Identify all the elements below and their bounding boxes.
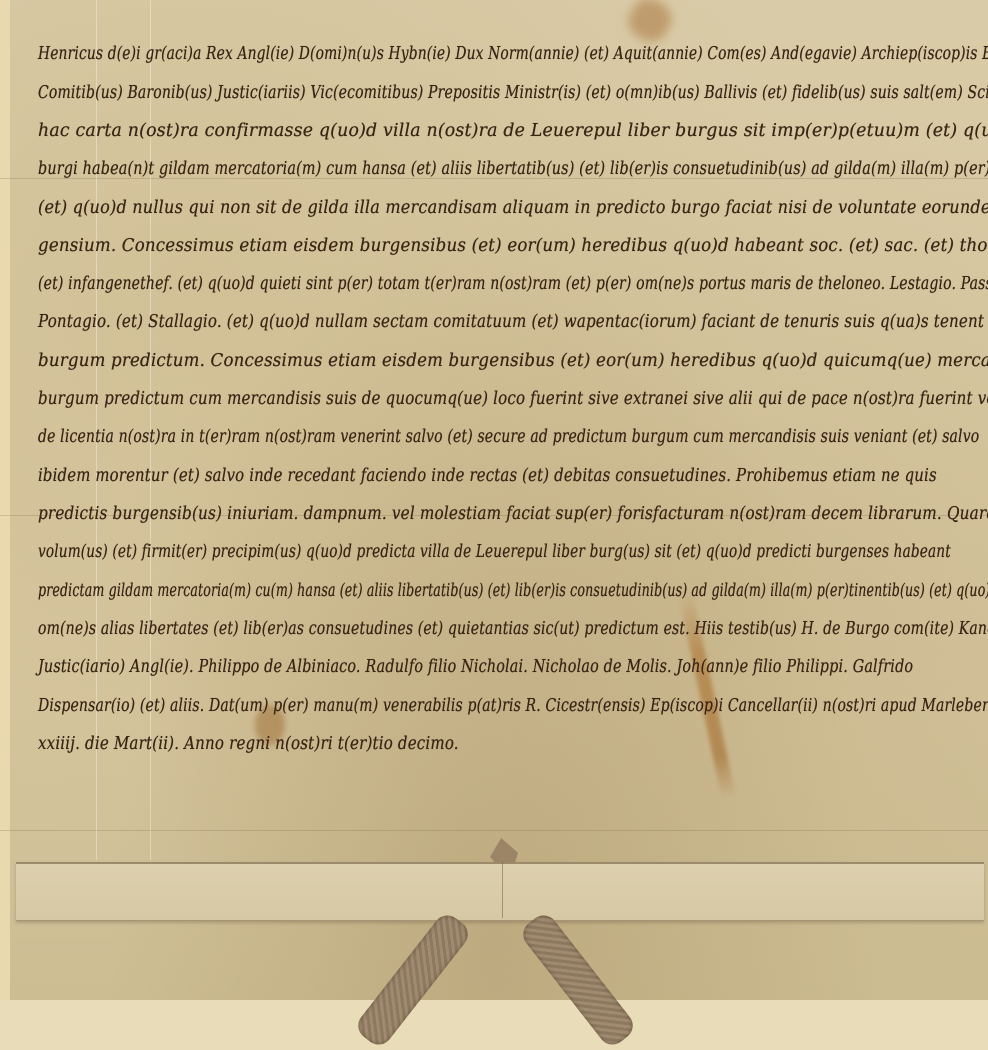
text-line: ibidem morentur (et) salvo inde recedant… [38, 466, 937, 486]
fold-turn-up [16, 862, 984, 921]
text-line: predictis burgensib(us) iniuriam. dampnu… [38, 504, 988, 524]
text-line: Dispensar(io) (et) aliis. Dat(um) p(er) … [38, 696, 988, 716]
text-line: de licentia n(ost)ra in t(er)ram n(ost)r… [38, 427, 979, 447]
turn-up-seam [502, 862, 503, 918]
text-line: hac carta n(ost)ra confirmasse q(uo)d vi… [38, 121, 988, 141]
text-line: volum(us) (et) firmit(er) precipim(us) q… [38, 542, 951, 562]
text-line: (et) infangenethef. (et) q(uo)d quieti s… [38, 274, 988, 294]
charter-parchment [0, 0, 988, 1000]
text-line: om(ne)s alias libertates (et) lib(er)as … [38, 619, 988, 639]
text-line: burgum predictum. Concessimus etiam eisd… [38, 351, 988, 371]
text-line: Comitib(us) Baronib(us) Justic(iariis) V… [38, 83, 988, 103]
text-line: Pontagio. (et) Stallagio. (et) q(uo)d nu… [38, 312, 988, 332]
text-line: predictam gildam mercatoria(m) cu(m) han… [38, 581, 988, 601]
text-line: burgum predictum cum mercandisis suis de… [38, 389, 988, 409]
text-line: burgi habea(n)t gildam mercatoria(m) cum… [38, 159, 988, 179]
text-line: Justic(iario) Angl(ie). Philippo de Albi… [38, 657, 913, 677]
text-line: Henricus d(e)i gr(aci)a Rex Angl(ie) D(o… [38, 44, 988, 64]
text-line: (et) q(uo)d nullus qui non sit de gilda … [38, 198, 988, 218]
left-margin-border [0, 0, 10, 1000]
text-line: gensium. Concessimus etiam eisdem burgen… [38, 236, 988, 256]
text-line: xxiiij. die Mart(ii). Anno regni n(ost)r… [38, 734, 459, 754]
fold-line [0, 830, 988, 831]
